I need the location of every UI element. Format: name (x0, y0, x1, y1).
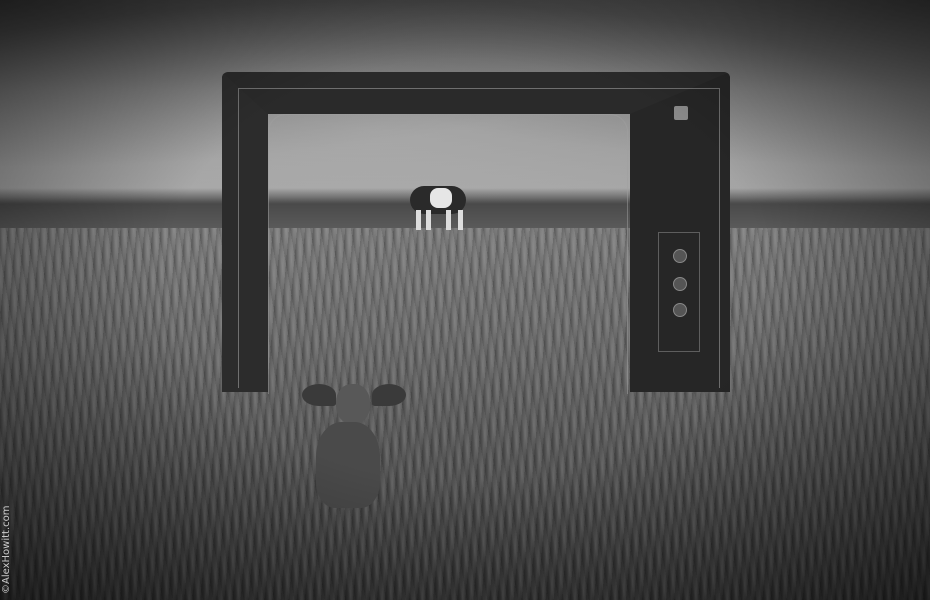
knob-icon (673, 277, 687, 291)
figurine-ear (302, 384, 336, 406)
photo-scene: ©AlexHowitt.com (0, 0, 930, 600)
knob-icon (673, 303, 687, 317)
tv-logo-badge (674, 106, 688, 120)
tv-control-panel (658, 232, 700, 352)
deer-figurine (300, 378, 410, 518)
figurine-ear (372, 384, 406, 406)
watermark: ©AlexHowitt.com (1, 506, 12, 595)
figurine-head (336, 384, 370, 424)
knob-icon (673, 249, 687, 263)
figurine-body (316, 422, 380, 508)
tv-screen-opening (268, 114, 628, 394)
